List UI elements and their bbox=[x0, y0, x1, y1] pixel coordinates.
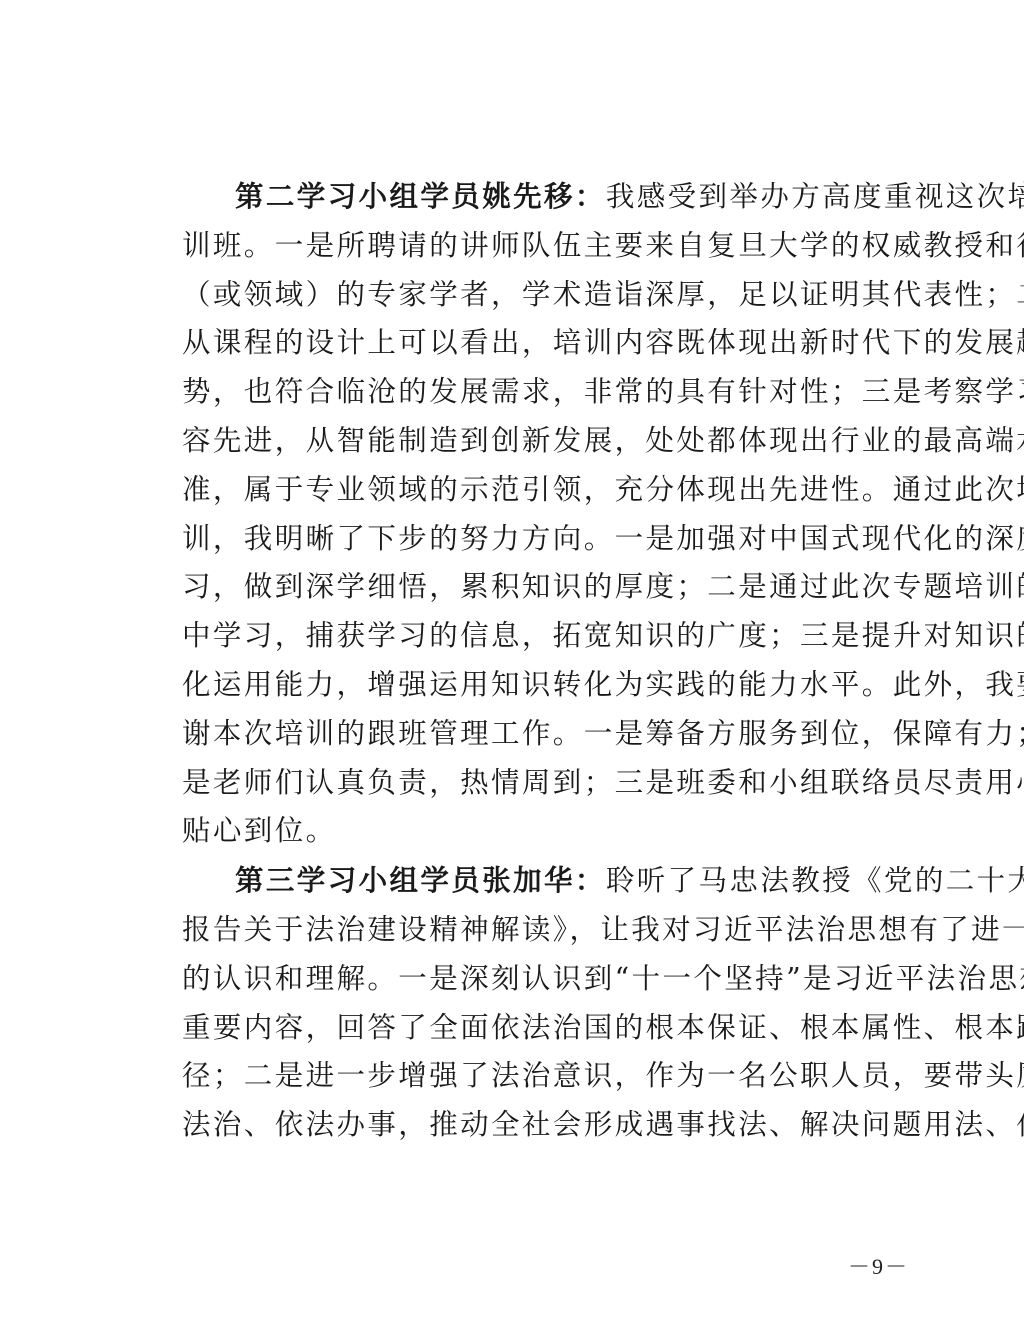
text-line: 的认识和理解。一是深刻认识到“十一个坚持”是习近平法治思想的 bbox=[125, 955, 901, 1004]
text-line: 第三学习小组学员张加华：聆听了马忠法教授《党的二十大 bbox=[125, 856, 901, 906]
paragraph-group2-yao: 第二学习小组学员姚先移：我感受到举办方高度重视这次培 训班。一是所聘请的讲师队伍… bbox=[125, 172, 901, 856]
speaker-name: 第三学习小组学员张加华： bbox=[235, 863, 606, 897]
text-line: （或领域）的专家学者，学术造诣深厚，足以证明其代表性；二是 bbox=[125, 271, 901, 320]
text-line: 训，我明晰了下步的努力方向。一是加强对中国式现代化的深度学 bbox=[125, 515, 901, 564]
text-line: 径；二是进一步增强了法治意识，作为一名公职人员，要带头厉行 bbox=[125, 1052, 901, 1101]
text-line: 是老师们认真负责，热情周到；三是班委和小组联络员尽责用心， bbox=[125, 759, 901, 808]
text-line: 谢本次培训的跟班管理工作。一是筹备方服务到位，保障有力；二 bbox=[125, 710, 901, 759]
text-line: 训班。一是所聘请的讲师队伍主要来自复旦大学的权威教授和行业 bbox=[125, 222, 901, 271]
text-line: 准，属于专业领域的示范引领，充分体现出先进性。通过此次培 bbox=[125, 466, 901, 515]
text-line: 容先进，从智能制造到创新发展，处处都体现出行业的最高端水 bbox=[125, 417, 901, 466]
speaker-name: 第二学习小组学员姚先移： bbox=[235, 179, 606, 213]
text-line: 从课程的设计上可以看出，培训内容既体现出新时代下的发展趋 bbox=[125, 319, 901, 368]
text-line: 重要内容，回答了全面依法治国的根本保证、根本属性、根本路 bbox=[125, 1004, 901, 1053]
text-line: 习，做到深学细悟，累积知识的厚度；二是通过此次专题培训的集 bbox=[125, 563, 901, 612]
text-line: 化运用能力，增强运用知识转化为实践的能力水平。此外，我要谢 bbox=[125, 661, 901, 710]
text-line: 法治、依法办事，推动全社会形成遇事找法、解决问题用法、化解 bbox=[125, 1101, 901, 1150]
text-line: 中学习，捕获学习的信息，拓宽知识的广度；三是提升对知识的转 bbox=[125, 612, 901, 661]
text-line: 报告关于法治建设精神解读》，让我对习近平法治思想有了进一步 bbox=[125, 906, 901, 955]
text-line: 贴心到位。 bbox=[125, 807, 901, 856]
paragraph-group3-zhang: 第三学习小组学员张加华：聆听了马忠法教授《党的二十大 报告关于法治建设精神解读》… bbox=[125, 856, 901, 1150]
document-page: 第二学习小组学员姚先移：我感受到举办方高度重视这次培 训班。一是所聘请的讲师队伍… bbox=[125, 172, 901, 1150]
page-number: －9－ bbox=[848, 1250, 909, 1281]
text-line: 第二学习小组学员姚先移：我感受到举办方高度重视这次培 bbox=[125, 172, 901, 222]
text-line: 势，也符合临沧的发展需求，非常的具有针对性；三是考察学习内 bbox=[125, 368, 901, 417]
